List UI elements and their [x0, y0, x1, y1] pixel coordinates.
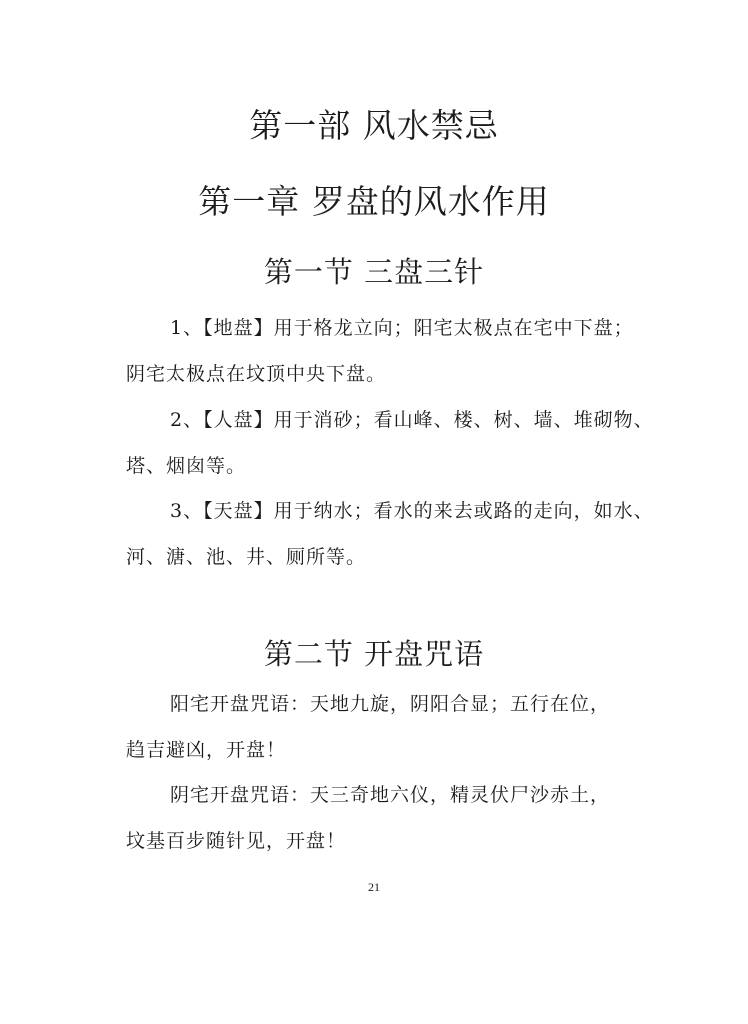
paragraph-line: 坟基百步随针见，开盘！ [126, 818, 686, 864]
paragraph-item-1: 1、【地盘】用于格龙立向；阳宅太极点在宅中下盘； 阴宅太极点在坟顶中央下盘。 [126, 305, 686, 397]
part-title: 第一部 风水禁忌 [0, 100, 748, 147]
paragraph-line: 阴宅开盘咒语：天三奇地六仪，精灵伏尸沙赤土， [126, 772, 686, 818]
paragraph-line: 趋吉避凶，开盘！ [126, 727, 686, 773]
section-title-2: 第二节 开盘咒语 [0, 632, 748, 673]
paragraph-incantation-yin: 阴宅开盘咒语：天三奇地六仪，精灵伏尸沙赤土， 坟基百步随针见，开盘！ [126, 772, 686, 864]
section-title-1: 第一节 三盘三针 [0, 250, 748, 291]
paragraph-line: 阳宅开盘咒语：天地九旋，阴阳合显；五行在位， [126, 681, 686, 727]
paragraph-line: 阴宅太极点在坟顶中央下盘。 [126, 351, 686, 397]
paragraph-line: 塔、烟囱等。 [126, 443, 686, 489]
paragraph-line: 3、【天盘】用于纳水；看水的来去或路的走向，如水、 [126, 488, 686, 534]
paragraph-line: 河、溏、池、井、厕所等。 [126, 534, 686, 580]
paragraph-item-2: 2、【人盘】用于消砂；看山峰、楼、树、墙、堆砌物、 塔、烟囱等。 [126, 397, 686, 489]
chapter-title: 第一章 罗盘的风水作用 [0, 176, 748, 223]
paragraph-incantation-yang: 阳宅开盘咒语：天地九旋，阴阳合显；五行在位， 趋吉避凶，开盘！ [126, 681, 686, 773]
paragraph-item-3: 3、【天盘】用于纳水；看水的来去或路的走向，如水、 河、溏、池、井、厕所等。 [126, 488, 686, 580]
paragraph-line: 2、【人盘】用于消砂；看山峰、楼、树、墙、堆砌物、 [126, 397, 686, 443]
page-number: 21 [0, 880, 748, 895]
paragraph-line: 1、【地盘】用于格龙立向；阳宅太极点在宅中下盘； [126, 305, 686, 351]
